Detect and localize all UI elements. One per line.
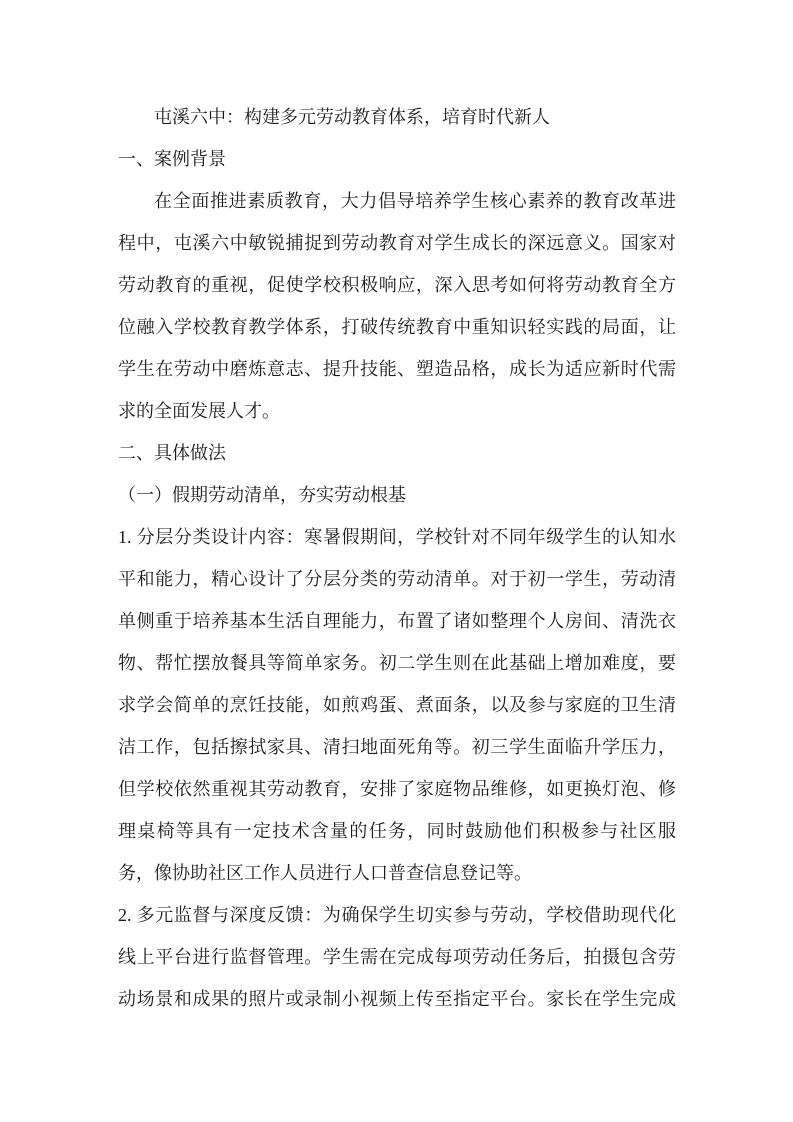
- paragraph-2-line: 但学校依然重视其劳动教育，安排了家庭物品维修，如更换灯泡、修: [118, 768, 676, 810]
- paragraph-3-line: 2. 多元监督与深度反馈：为确保学生切实参与劳动，学校借助现代化: [118, 894, 676, 936]
- paragraph-3-line: 线上平台进行监督管理。学生需在完成每项劳动任务后，拍摄包含劳: [118, 936, 676, 978]
- paragraph-3-line: 动场景和成果的照片或录制小视频上传至指定平台。家长在学生完成: [118, 978, 676, 1020]
- paragraph-1-line: 求的全面发展人才。: [118, 390, 676, 432]
- document-page: 屯溪六中：构建多元劳动教育体系，培育时代新人 一、案例背景 在全面推进素质教育，…: [0, 0, 793, 1122]
- paragraph-1-line: 学生在劳动中磨炼意志、提升技能、塑造品格，成长为适应新时代需: [118, 348, 676, 390]
- paragraph-2-line: 理桌椅等具有一定技术含量的任务，同时鼓励他们积极参与社区服: [118, 810, 676, 852]
- heading-case-background: 一、案例背景: [118, 138, 676, 180]
- paragraph-1-line: 位融入学校教育教学体系，打破传统教育中重知识轻实践的局面，让: [118, 306, 676, 348]
- paragraph-2-line: 求学会简单的烹饪技能，如煎鸡蛋、煮面条，以及参与家庭的卫生清: [118, 684, 676, 726]
- paragraph-1-line: 劳动教育的重视，促使学校积极响应，深入思考如何将劳动教育全方: [118, 264, 676, 306]
- paragraph-2-line: 平和能力，精心设计了分层分类的劳动清单。对于初一学生，劳动清: [118, 558, 676, 600]
- paragraph-2-line: 1. 分层分类设计内容：寒暑假期间，学校针对不同年级学生的认知水: [118, 516, 676, 558]
- paragraph-1-line: 程中，屯溪六中敏锐捕捉到劳动教育对学生成长的深远意义。国家对: [118, 222, 676, 264]
- heading-specific-measures: 二、具体做法: [118, 432, 676, 474]
- subheading-holiday-labor-list: （一）假期劳动清单，夯实劳动根基: [118, 474, 676, 516]
- paragraph-2-line: 洁工作，包括擦拭家具、清扫地面死角等。初三学生面临升学压力，: [118, 726, 676, 768]
- document-title: 屯溪六中：构建多元劳动教育体系，培育时代新人: [118, 96, 676, 138]
- paragraph-2-line: 单侧重于培养基本生活自理能力，布置了诸如整理个人房间、清洗衣: [118, 600, 676, 642]
- paragraph-1-line: 在全面推进素质教育，大力倡导培养学生核心素养的教育改革进: [118, 180, 676, 222]
- paragraph-2-line: 物、帮忙摆放餐具等简单家务。初二学生则在此基础上增加难度，要: [118, 642, 676, 684]
- paragraph-2-line: 务，像协助社区工作人员进行人口普查信息登记等。: [118, 852, 676, 894]
